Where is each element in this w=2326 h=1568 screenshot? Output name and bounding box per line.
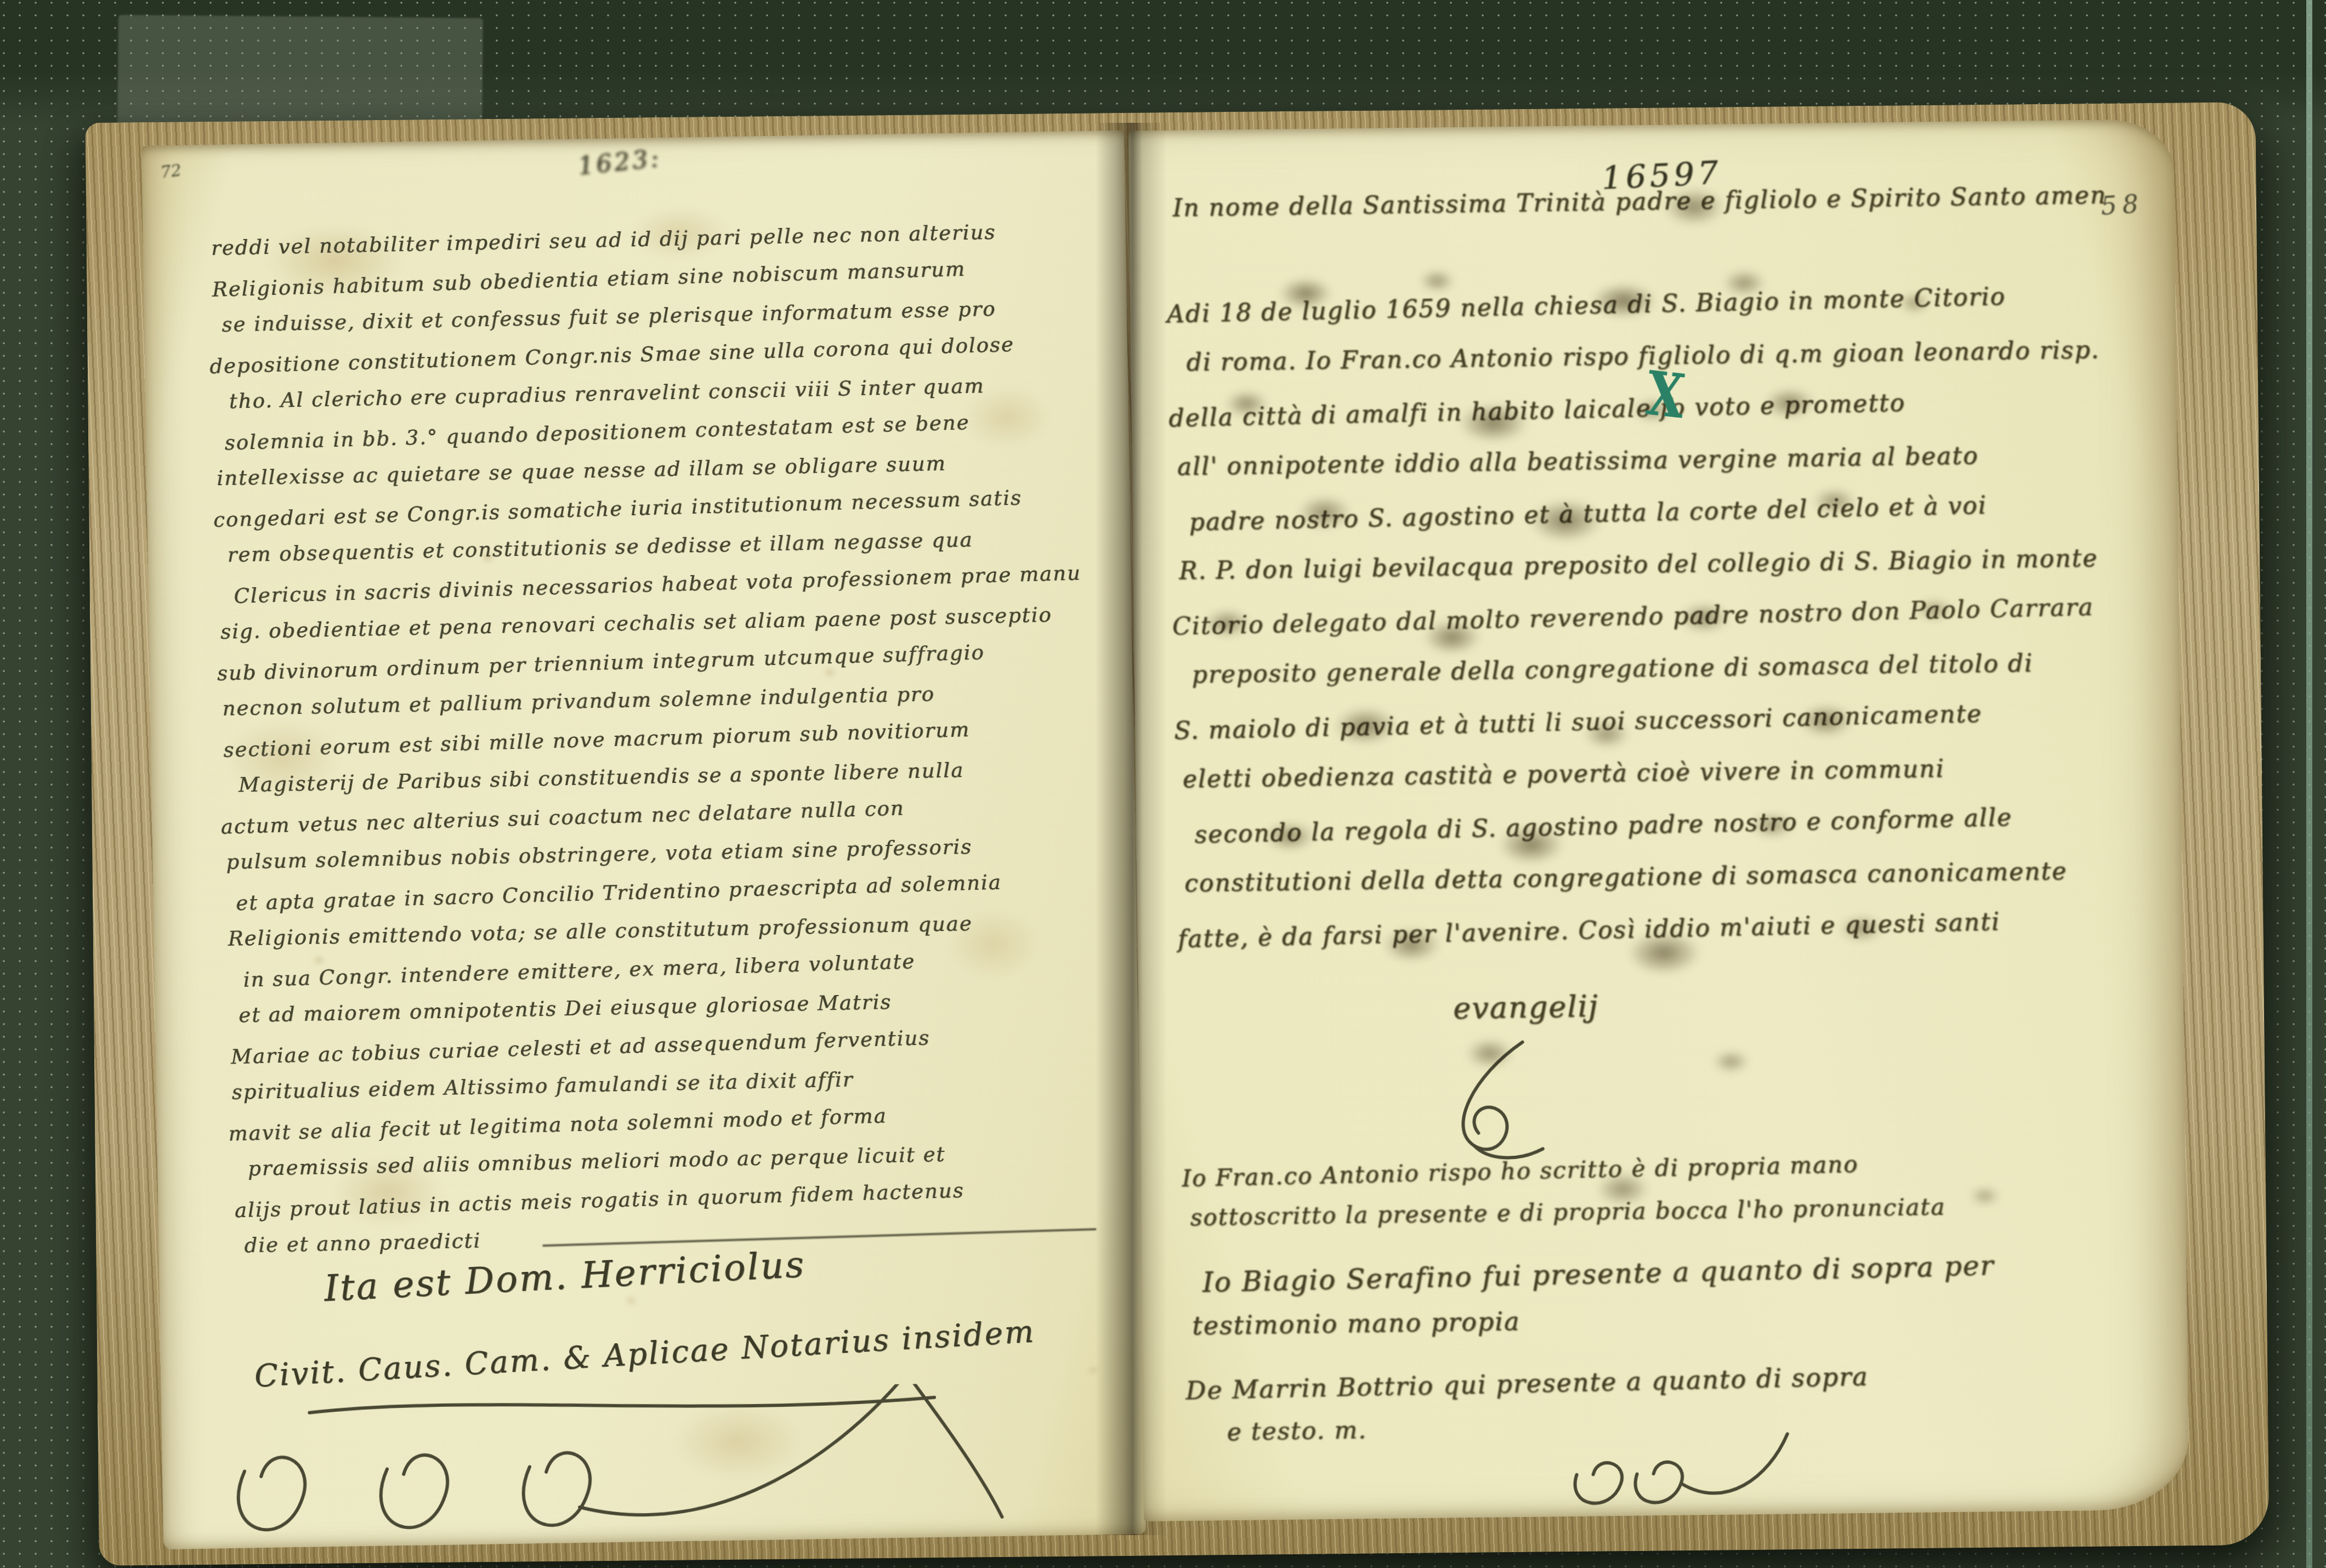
manuscript-photograph: 72 1623: reddi vel notabiliter impediri …	[0, 0, 2326, 1568]
film-strip	[117, 15, 483, 134]
ink-bleed-overlay	[1128, 119, 2189, 1521]
left-folio-mark: 72	[160, 161, 183, 182]
left-page: 72 1623: reddi vel notabiliter impediri …	[141, 130, 1146, 1549]
glass-edge-line	[2306, 0, 2312, 1568]
signature-flourish	[194, 1382, 1052, 1549]
right-page: 16597 58 X In nome della Santissima Trin…	[1128, 119, 2189, 1521]
green-x-annotation: X	[1643, 357, 1688, 432]
left-text-block: reddi vel notabiliter impediri seu ad id…	[211, 209, 1124, 1267]
